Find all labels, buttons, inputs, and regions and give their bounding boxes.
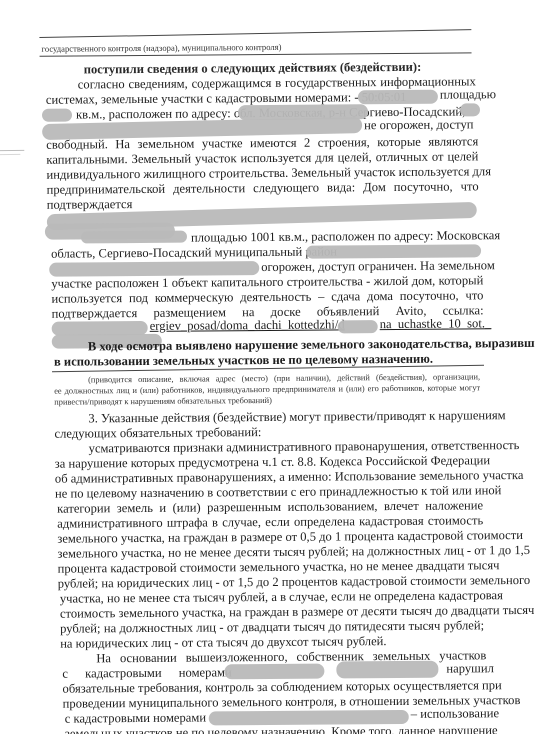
redaction: [42, 109, 72, 122]
margin-mark: [0, 150, 24, 151]
margin-mark: [0, 154, 20, 155]
finding-line: в использовании земельных участков не по…: [54, 351, 486, 369]
conclusion-fragment: нарушил: [446, 663, 494, 674]
redaction: [224, 664, 324, 680]
header-caption: государственного контроля (надзора), мун…: [41, 42, 281, 55]
conclusion-fragment: – использование: [411, 708, 499, 720]
text-line: огорожен, доступ ограничен. На земельном: [261, 258, 481, 275]
redaction: [209, 710, 409, 726]
scanned-document-page: государственного контроля (надзора), мун…: [0, 0, 535, 734]
top-rule: [39, 29, 471, 38]
redaction: [81, 231, 187, 244]
redaction: [336, 661, 438, 679]
redaction: [338, 320, 378, 333]
avito-link[interactable]: ergiev_posad/doma_dachi_kottedzhi/d: [150, 319, 345, 332]
text-fragment: не огорожен, доступ: [364, 119, 473, 131]
finding-caption: привести/приводят к нарушениям обязатель…: [54, 395, 272, 408]
redaction: [358, 90, 438, 105]
area-label: площадью: [440, 89, 496, 100]
avito-link-suffix[interactable]: na_uchastke_10_sot._: [380, 318, 492, 330]
redaction: [306, 244, 481, 258]
redaction: [460, 103, 480, 116]
